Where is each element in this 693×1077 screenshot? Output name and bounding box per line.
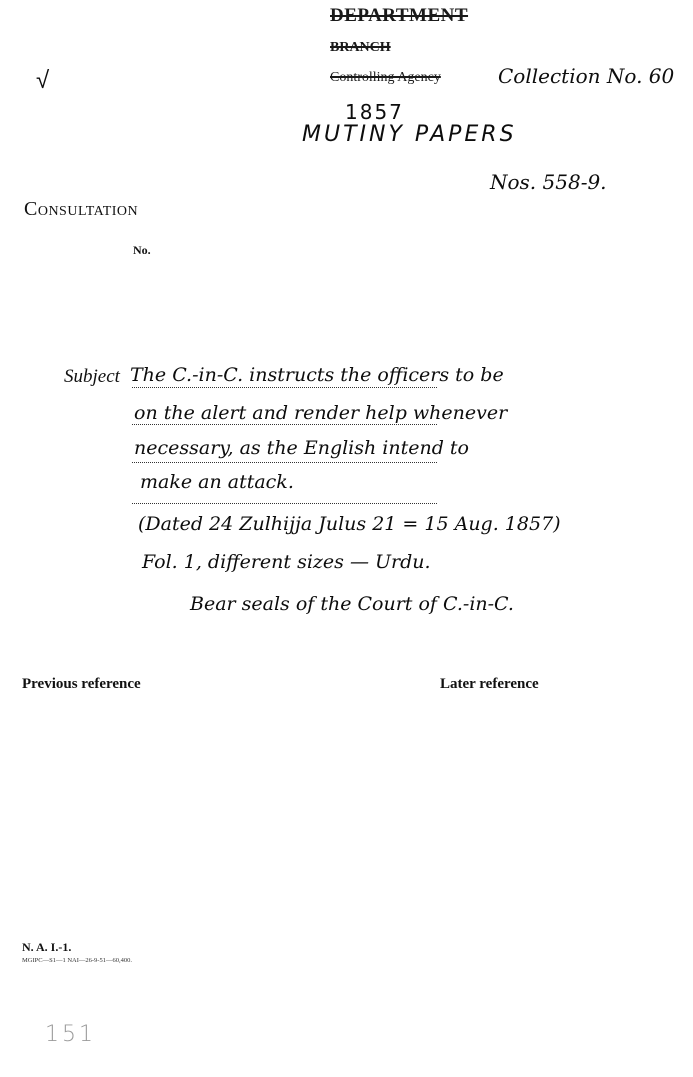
later-reference-label: Later reference [440, 676, 539, 693]
document-numbers-note: Nos. 558-9. [490, 170, 607, 194]
previous-reference-label: Previous reference [22, 676, 141, 693]
subject-rule-1 [132, 387, 437, 388]
subject-line: make an attack. [140, 471, 294, 493]
consultation-heading: Consultation [24, 198, 138, 221]
subject-line: The C.-in-C. instructs the officers to b… [130, 364, 504, 386]
printer-imprint: MGIPC—S1—1 NAI—26-9-51—60,400. [22, 957, 132, 964]
subject-line: on the alert and render help whenever [134, 402, 507, 424]
subject-date-line: (Dated 24 Zulhijja Julus 21 = 15 Aug. 18… [138, 513, 561, 535]
checkmark-icon: √ [36, 66, 49, 95]
form-code: N. A. I.-1. [22, 940, 71, 955]
subject-line: necessary, as the English intend to [134, 437, 469, 459]
branch-label: BRANCH [330, 40, 391, 56]
subject-rule-4 [132, 503, 437, 504]
subject-seal-line: Bear seals of the Court of C.-in-C. [190, 593, 514, 615]
pencil-page-number: 151 [45, 1022, 96, 1047]
subject-folio-line: Fol. 1, different sizes — Urdu. [142, 551, 431, 573]
collection-number-note: Collection No. 60 [498, 64, 674, 88]
consultation-number-label: No. [133, 243, 151, 258]
subject-label: Subject [64, 366, 120, 388]
controlling-agency-label: Controlling Agency [330, 70, 441, 86]
subject-rule-3 [132, 462, 437, 463]
department-label: DEPARTMENT [330, 5, 468, 27]
subject-rule-2 [132, 424, 437, 425]
year-note: 1857 [345, 100, 404, 124]
series-title-note: MUTINY PAPERS [302, 122, 517, 147]
